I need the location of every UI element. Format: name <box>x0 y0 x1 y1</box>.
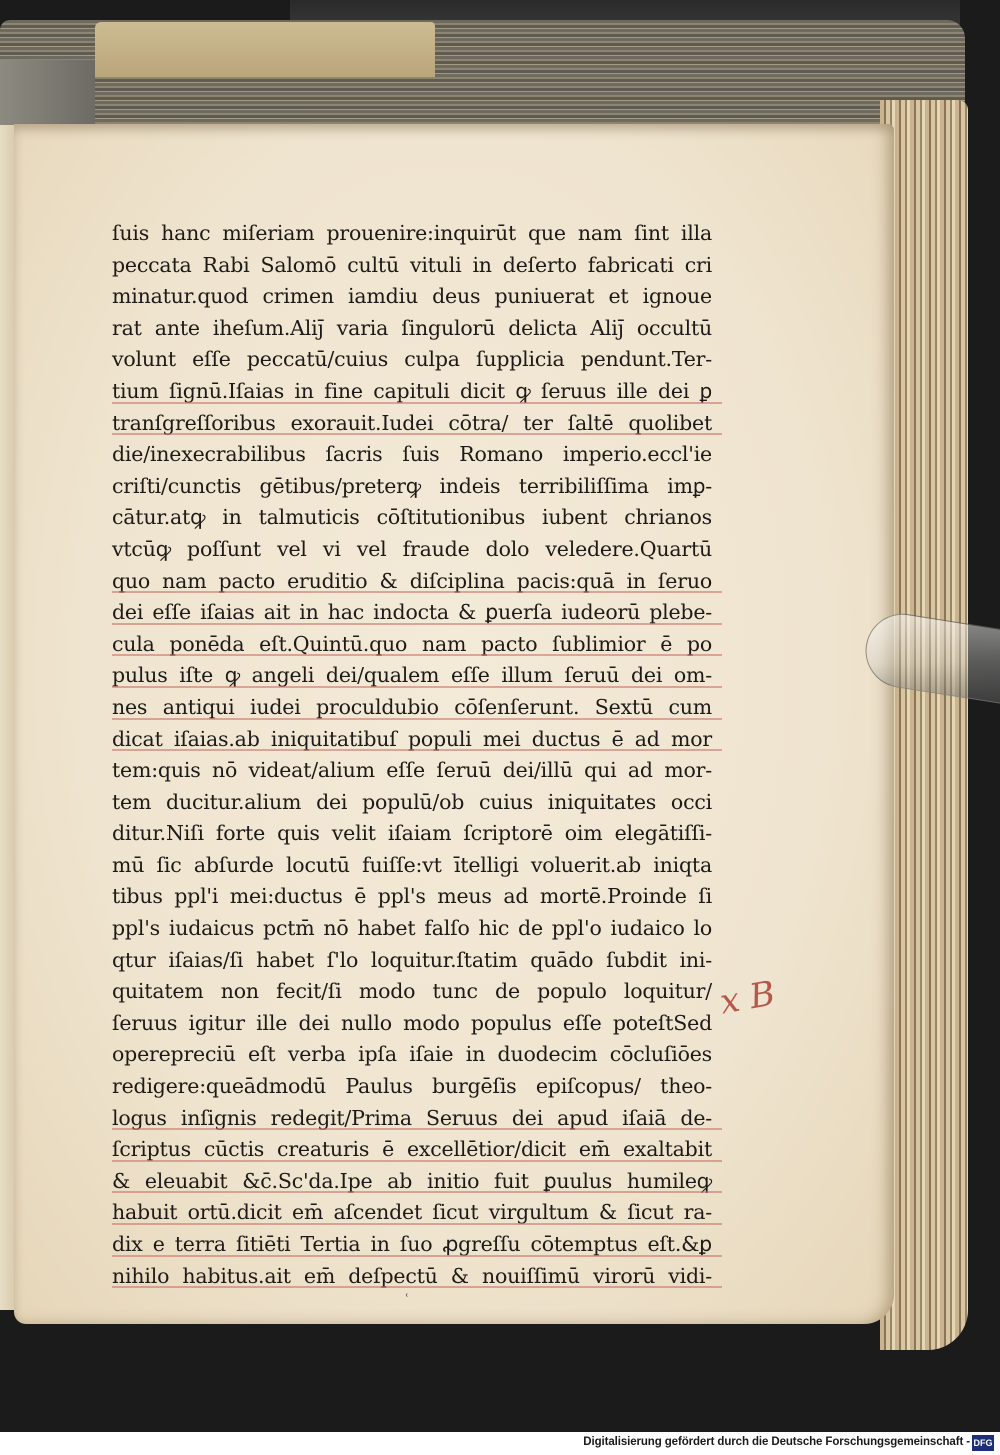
text-line: peccata Rabi Salomō cultū vituli in deſe… <box>112 250 712 282</box>
text-line: tium ſignū.Iſaias in fine capituli dicit… <box>112 376 712 408</box>
text-line: dicat iſaias.ab iniquitatibuſ populi mei… <box>112 724 712 756</box>
text-line: vtcūꝙ poſſunt vel vi vel fraude dolo vel… <box>112 534 712 566</box>
text-line: pulus iſte ꝙ angeli dei/qualem eſſe illu… <box>112 660 712 692</box>
text-line: nes antiqui iudei proculdubio cōſenſerun… <box>112 692 712 724</box>
footer: Digitalisierung gefördert durch die Deut… <box>0 1432 1000 1455</box>
text-line: ſcriptus cūctis creaturis ē excellētior/… <box>112 1134 712 1166</box>
text-line: tibus ppl'i mei:ductus ē ppl's meus ad m… <box>112 881 712 913</box>
text-line: mū ſic abſurde locutū fuiſſe:vt ītelligi… <box>112 850 712 882</box>
text-line: tem:quis nō videat/alium eſſe ſeruū dei/… <box>112 755 712 787</box>
text-line: ſeruus igitur ille dei nullo modo populu… <box>112 1008 712 1040</box>
text-line: ppl's iudaicus pctm̄ nō habet falſo hic … <box>112 913 712 945</box>
text-line: criſti/cunctis gētibus/preterꝙ indeis te… <box>112 471 712 503</box>
text-line: dei eſſe iſaias ait in hac indocta & ꝑue… <box>112 597 712 629</box>
printed-text-block: ſuis hanc miſeriam prouenire:inquirūt qu… <box>112 218 712 1292</box>
text-line: dix e terra ſitiēti Tertia in ſuo ꝓgreſſ… <box>112 1229 712 1261</box>
dfg-logo-icon: DFG <box>972 1435 994 1451</box>
book-scan: ſuis hanc miſeriam prouenire:inquirūt qu… <box>0 0 1000 1432</box>
text-line: ſuis hanc miſeriam prouenire:inquirūt qu… <box>112 218 712 250</box>
text-line: tem ducitur.alium dei populū/ob cuius in… <box>112 787 712 819</box>
text-line: redigere:queādmodū Paulus burgēſis epiſc… <box>112 1071 712 1103</box>
text-line: habuit ortū.dicit em̄ aſcendet ſicut vir… <box>112 1197 712 1229</box>
text-line: logus inſignis redegit/Prima Seruus dei … <box>112 1103 712 1135</box>
text-line: tranſgreſſoribus exorauit.Iudei cōtra/ t… <box>112 408 712 440</box>
text-line: die/inexecrabilibus ſacris ſuis Romano i… <box>112 439 712 471</box>
text-line: cula ponēda eſt.Quintū.quo nam pacto ſub… <box>112 629 712 661</box>
text-line: quitatem non fecit/ſi modo tunc de popul… <box>112 976 712 1008</box>
text-line: ditur.Niſi forte quis velit iſaiam ſcrip… <box>112 818 712 850</box>
text-line: minatur.quod crimen iamdiu deus puniuera… <box>112 281 712 313</box>
text-line: qtur iſaias/ſi habet ſ'lo loquitur.ſtati… <box>112 945 712 977</box>
text-line: volunt eſſe peccatū/cuius culpa ſupplici… <box>112 344 712 376</box>
book-spine <box>0 60 95 130</box>
ink-mark: ʿ <box>404 1292 409 1310</box>
text-line: rat ante iheſum.Aliȷ̄ varia ſingulorū de… <box>112 313 712 345</box>
text-line: cātur.atꝙ in talmuticis cōſtitutionibus … <box>112 502 712 534</box>
text-line: operepreciū eſt verba ipſa iſaie in duod… <box>112 1039 712 1071</box>
text-line: quo nam pacto eruditio & diſciplina paci… <box>112 566 712 598</box>
text-line: & eleuabit &c̄.Sc'da.Ipe ab initio fuit … <box>112 1166 712 1198</box>
binding-fold <box>95 22 435 77</box>
text-line: nihilo habitus.ait em̄ deſpectū & nouiſſ… <box>112 1261 712 1293</box>
funding-credit: Digitalisierung gefördert durch die Deut… <box>583 1436 970 1448</box>
